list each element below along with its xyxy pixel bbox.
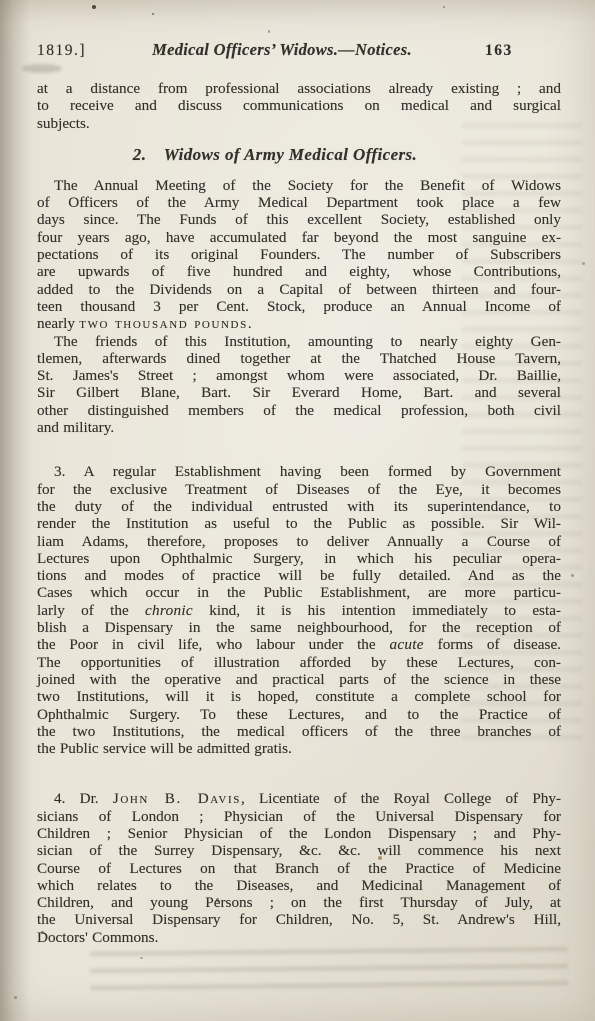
text-line: two Institutions, will it is hoped, cons… — [37, 688, 561, 705]
text-line: larly of the chronic kind, it is his int… — [37, 602, 561, 619]
text-line: tlemen, afterwards dined together at the… — [37, 350, 561, 367]
text-line: the two Institutions, the medical office… — [37, 723, 561, 740]
paper-speck — [571, 574, 574, 577]
paragraph-intro-continuation: at a distance from professional associat… — [37, 80, 561, 132]
header-page-number: 163 — [485, 42, 561, 60]
header-year: 1819.] — [37, 42, 123, 60]
text-line: The friends of this Institution, amounti… — [37, 333, 561, 350]
running-header: 1819.] Medical Officers’ Widows.—Notices… — [37, 40, 561, 60]
text-line: the duty of the individual entrusted wit… — [37, 498, 561, 515]
text-line: Cases which occur in the Public Establis… — [37, 584, 561, 601]
text-line: of Officers of the Army Medical Departme… — [37, 194, 561, 211]
text-line: subjects. — [37, 115, 561, 132]
text-line: render the Institution as useful to the … — [37, 515, 561, 532]
text-line: 4. Dr. John B. Davis, Licentiate of the … — [37, 790, 561, 807]
text-line: added to the Dividends on a Capital of b… — [37, 281, 561, 298]
text-line: to receive and discuss communications on… — [37, 97, 561, 114]
text-line: pectations of its original Founders. The… — [37, 246, 561, 263]
paper-speck — [582, 262, 585, 265]
text-line: tions and modes of practice will be full… — [37, 567, 561, 584]
text-line: Ophthalmic Surgery. To these Lectures, a… — [37, 706, 561, 723]
text-line: St. James's Street ; amongst whom were a… — [37, 367, 561, 384]
text-line: for the exclusive Treatment of Diseases … — [37, 481, 561, 498]
text-line: The opportunities of illustration afford… — [37, 654, 561, 671]
scanned-book-page: 1819.] Medical Officers’ Widows.—Notices… — [0, 0, 595, 1021]
text-line: Course of Lectures on that Branch of the… — [37, 860, 561, 877]
paper-speck — [14, 996, 17, 999]
paper-speck — [92, 5, 96, 9]
section-heading: 2. Widows of Army Medical Officers. — [37, 145, 513, 165]
text-line: which relates to the Diseases, and Medic… — [37, 877, 561, 894]
text-line: nearly two thousand pounds. — [37, 315, 561, 332]
text-line: four years ago, have accumulated far bey… — [37, 229, 561, 246]
text-line: Sir Gilbert Blane, Bart. Sir Everard Hom… — [37, 384, 561, 401]
text-line: joined with the operative and practical … — [37, 671, 561, 688]
text-line: the Universal Dispensary for Children, N… — [37, 911, 561, 928]
text-line: Doctors' Commons. — [37, 929, 561, 946]
text-line: days since. The Funds of this excellent … — [37, 211, 561, 228]
paper-speck — [152, 13, 154, 15]
text-line: 3. A regular Establishment having been f… — [37, 463, 561, 480]
text-line: other distinguished members of the medic… — [37, 402, 561, 419]
paragraph-item-4-dr-davis: 4. Dr. John B. Davis, Licentiate of the … — [37, 790, 561, 946]
paper-speck — [140, 957, 143, 959]
text-line: sicians of London ; Physician of the Uni… — [37, 808, 561, 825]
page-gutter-shadow — [0, 0, 30, 1021]
header-title: Medical Officers’ Widows.—Notices. — [123, 40, 441, 60]
text-line: and military. — [37, 419, 561, 436]
text-line: the Poor in civil life, who labour under… — [37, 636, 561, 653]
text-line: sician of the Surrey Dispensary, &c. &c.… — [37, 842, 561, 859]
page-content: 1819.] Medical Officers’ Widows.—Notices… — [37, 40, 561, 946]
paragraph-friends-dinner: The friends of this Institution, amounti… — [37, 333, 561, 437]
paragraph-annual-meeting: The Annual Meeting of the Society for th… — [37, 177, 561, 333]
paragraph-item-3-eye-establishment: 3. A regular Establishment having been f… — [37, 463, 561, 757]
paper-speck — [443, 6, 445, 8]
text-line: are upwards of five hundred and eighty, … — [37, 263, 561, 280]
text-line: The Annual Meeting of the Society for th… — [37, 177, 561, 194]
text-line: Children, and young Persons ; on the fir… — [37, 894, 561, 911]
text-line: teen thousand 3 per Cent. Stock, produce… — [37, 298, 561, 315]
text-line: Children ; Senior Physician of the Londo… — [37, 825, 561, 842]
text-line: the Public service will be admitted grat… — [37, 740, 561, 757]
text-line: at a distance from professional associat… — [37, 80, 561, 97]
text-line: liam Adams, therefore, proposes to deliv… — [37, 533, 561, 550]
text-line: Lectures upon Ophthalmic Surgery, in whi… — [37, 550, 561, 567]
text-line: blish a Dispensary in the same neighbour… — [37, 619, 561, 636]
paper-speck — [268, 30, 270, 33]
